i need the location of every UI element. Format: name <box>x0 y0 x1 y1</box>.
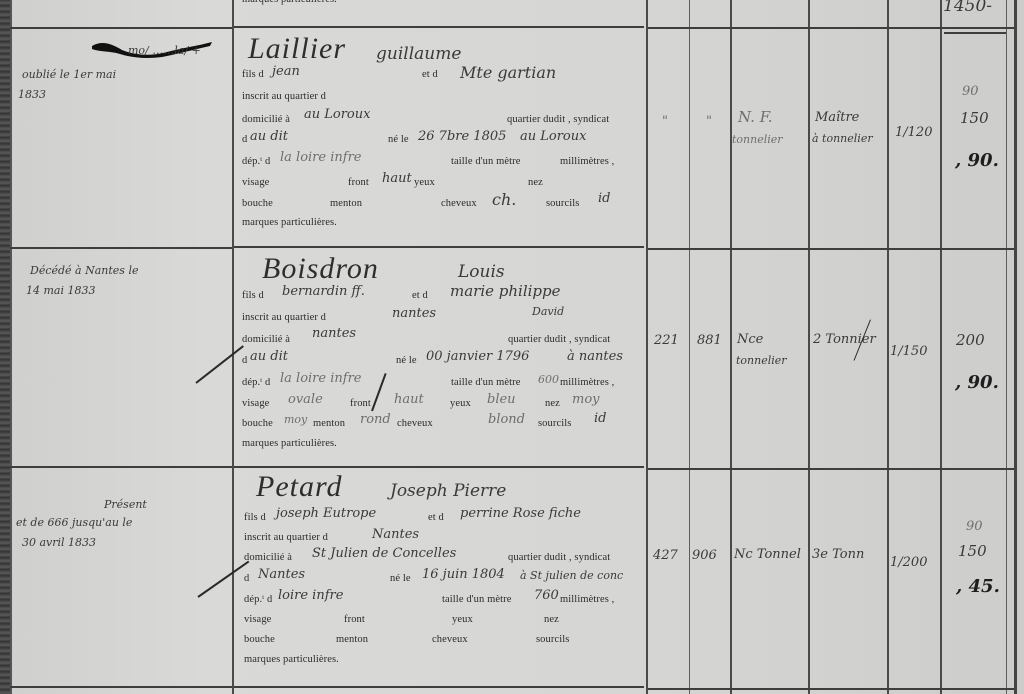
header-fragment: marques particulières. <box>242 0 337 5</box>
binding-edge <box>0 0 10 694</box>
label-yeux: yeux <box>414 177 435 188</box>
sourcils-value: id <box>594 411 606 426</box>
col-c-sub: tonnelier <box>732 133 783 146</box>
label-nez: nez <box>544 614 559 625</box>
label-marques: marques particulières. <box>244 654 339 665</box>
binding-line <box>10 0 12 694</box>
row-divider <box>234 686 644 688</box>
column-divider <box>887 0 889 694</box>
syndicat-value: au dit <box>250 349 288 364</box>
col-b-value: " <box>706 114 712 129</box>
sourcils-value: id <box>598 191 610 206</box>
col-f-bottom: , 90. <box>955 372 999 393</box>
mother-name: perrine Rose fiche <box>460 506 581 521</box>
inscrit-value: Nantes <box>372 527 419 542</box>
col-b-value: 906 <box>692 548 717 563</box>
label-domicile: domicilié à <box>242 114 290 125</box>
surname: Laillier <box>248 32 346 66</box>
label-taille: taille d'un mètre <box>451 377 520 388</box>
label-inscrit: inscrit au quartier d <box>242 91 326 102</box>
birth-date: 26 7bre 1805 <box>418 129 506 144</box>
col-d-sub: à tonnelier <box>812 132 873 145</box>
birth-place: au Loroux <box>520 129 586 144</box>
row-divider <box>648 468 1014 470</box>
bouche-value: moy <box>284 413 307 426</box>
column-divider <box>232 0 234 694</box>
label-visage: visage <box>244 614 271 625</box>
label-front: front <box>350 398 371 409</box>
label-menton: menton <box>313 418 345 429</box>
label-fils-de: fils d <box>242 69 264 80</box>
cheveux-value: ch. <box>492 190 516 209</box>
margin-note-line: Présent <box>104 498 147 511</box>
birth-place: à nantes <box>567 349 623 364</box>
label-nez: nez <box>528 177 543 188</box>
label-domicile: domicilié à <box>242 334 290 345</box>
row-divider <box>648 248 1014 250</box>
col-c-value: N. F. <box>738 108 773 126</box>
col-c-value: Nc Tonnel <box>734 547 801 562</box>
page-right-edge <box>1014 0 1017 694</box>
label-marques: marques particulières. <box>242 438 337 449</box>
label-inscrit: inscrit au quartier d <box>244 532 328 543</box>
col-a-value: 221 <box>654 333 679 348</box>
birth-date: 00 janvier 1796 <box>426 349 529 364</box>
col-e-value: 1/200 <box>890 555 927 570</box>
departement-value: la loire infre <box>280 371 361 386</box>
label-departement: dép.ᵗ d <box>242 377 270 388</box>
label-d: d <box>244 573 249 584</box>
domicile-value: St Julien de Concelles <box>312 546 456 561</box>
label-quartier-dudit: quartier dudit , syndicat <box>508 552 610 563</box>
label-fils-de: fils d <box>242 290 264 301</box>
col-e-value: 1/120 <box>895 125 932 140</box>
given-names: Louis <box>458 262 505 282</box>
mother-name: marie philippe <box>450 282 561 300</box>
col-f-top: 90 <box>962 84 979 99</box>
row-divider <box>10 466 232 468</box>
row-divider <box>234 246 644 248</box>
col-e-value: 1/150 <box>890 344 927 359</box>
taille-value: 760 <box>534 588 559 603</box>
label-visage: visage <box>242 177 269 188</box>
col-b-value: 881 <box>697 333 722 348</box>
col-a-value: 427 <box>653 548 678 563</box>
col-f-top: 90 <box>966 519 983 534</box>
label-front: front <box>348 177 369 188</box>
father-name: bernardin ff. <box>282 284 365 299</box>
row-divider <box>648 27 1014 29</box>
label-yeux: yeux <box>450 398 471 409</box>
column-divider <box>689 0 690 694</box>
label-cheveux: cheveux <box>432 634 468 645</box>
label-et-de: et d <box>428 512 444 523</box>
column-divider <box>730 0 732 694</box>
label-taille: taille d'un mètre <box>451 156 520 167</box>
domicile-value: au Loroux <box>304 107 370 122</box>
label-millimetres: millimètres , <box>560 377 614 388</box>
front-value: haut <box>382 171 412 186</box>
margin-note-line: et de 666 jusqu'au le <box>16 516 132 529</box>
syndicat-value: au dit <box>250 129 288 144</box>
label-menton: menton <box>336 634 368 645</box>
birth-date: 16 juin 1804 <box>422 567 505 582</box>
label-bouche: bouche <box>242 418 273 429</box>
col-f-bottom: , 45. <box>956 576 1000 597</box>
front-value: haut <box>394 392 424 407</box>
running-total: 1450- <box>943 0 992 16</box>
column-divider <box>1006 0 1007 694</box>
col-f-mid: 150 <box>958 542 987 560</box>
margin-note-line: 14 mai 1833 <box>26 284 96 297</box>
label-cheveux: cheveux <box>441 198 477 209</box>
label-fils-de: fils d <box>244 512 266 523</box>
column-divider <box>808 0 810 694</box>
margin-note-line: 1833 <box>18 88 46 101</box>
col-d-value: Maître <box>815 110 859 125</box>
col-d-value: 2 Tonnier <box>813 332 876 347</box>
label-quartier-dudit: quartier dudit , syndicat <box>507 114 609 125</box>
surname: Boisdron <box>262 252 379 286</box>
domicile-value: nantes <box>312 326 356 341</box>
margin-note-line: mo/ ……la/ + <box>128 44 201 57</box>
pen-stroke <box>197 561 249 598</box>
label-menton: menton <box>330 198 362 209</box>
nez-value: moy <box>572 392 600 407</box>
row-divider <box>10 686 232 688</box>
father-name: joseph Eutrope <box>276 506 376 521</box>
row-divider <box>234 26 644 28</box>
label-marques: marques particulières. <box>242 217 337 228</box>
margin-note-line: Décédé à Nantes le <box>30 264 138 277</box>
row-divider <box>10 27 232 29</box>
label-ne-le: né le <box>396 355 417 366</box>
row-divider <box>10 247 232 249</box>
birth-place: à St julien de conc <box>520 569 623 582</box>
departement-value: la loire infre <box>280 150 361 165</box>
col-a-value: " <box>662 114 668 129</box>
label-cheveux: cheveux <box>397 418 433 429</box>
row-divider <box>944 32 1006 34</box>
margin-note-line: oublié le 1er mai <box>22 68 116 81</box>
given-names: Joseph Pierre <box>390 481 506 501</box>
label-millimetres: millimètres , <box>560 594 614 605</box>
col-f-mid: 200 <box>956 331 985 349</box>
column-divider <box>940 0 942 694</box>
menton-value: rond <box>360 412 391 427</box>
label-quartier-dudit: quartier dudit , syndicat <box>508 334 610 345</box>
col-c-value: Nce <box>737 332 763 347</box>
row-divider <box>234 466 644 468</box>
label-visage: visage <box>242 398 269 409</box>
mother-name: Mte gartian <box>460 63 556 82</box>
father-name: jean <box>272 64 300 79</box>
label-sourcils: sourcils <box>538 418 571 429</box>
syndicat-value: Nantes <box>258 567 305 582</box>
margin-note-line: 30 avril 1833 <box>22 536 96 549</box>
label-ne-le: né le <box>390 573 411 584</box>
label-et-de: et d <box>412 290 428 301</box>
given-names: guillaume <box>376 44 461 64</box>
yeux-value: bleu <box>487 392 516 407</box>
col-c-sub: tonnelier <box>736 354 787 367</box>
col-f-mid: 150 <box>960 109 989 127</box>
pen-stroke <box>195 345 244 384</box>
row-divider <box>648 688 1014 690</box>
label-departement: dép.ᵗ d <box>244 594 272 605</box>
inscrit-value: nantes <box>392 306 436 321</box>
mother-extra: David <box>532 305 564 318</box>
label-sourcils: sourcils <box>546 198 579 209</box>
label-et-de: et d <box>422 69 438 80</box>
label-yeux: yeux <box>452 614 473 625</box>
cheveux-value: blond <box>488 412 525 427</box>
label-bouche: bouche <box>244 634 275 645</box>
label-nez: nez <box>545 398 560 409</box>
col-d-value: 3e Tonn <box>812 547 864 562</box>
register-page: marques particulières. 1450- mo/ ……la/ +… <box>0 0 1024 694</box>
col-f-bottom: , 90. <box>955 150 999 171</box>
label-sourcils: sourcils <box>536 634 569 645</box>
label-bouche: bouche <box>242 198 273 209</box>
label-departement: dép.ᵗ d <box>242 156 270 167</box>
surname: Petard <box>256 470 343 504</box>
label-front: front <box>344 614 365 625</box>
label-domicile: domicilié à <box>244 552 292 563</box>
label-taille: taille d'un mètre <box>442 594 511 605</box>
label-d: d <box>242 134 247 145</box>
visage-value: ovale <box>288 392 323 407</box>
pen-stroke <box>371 373 387 411</box>
column-divider <box>646 0 648 694</box>
label-millimetres: millimètres , <box>560 156 614 167</box>
label-ne-le: né le <box>388 134 409 145</box>
label-d: d <box>242 355 247 366</box>
label-inscrit: inscrit au quartier d <box>242 312 326 323</box>
departement-value: loire infre <box>278 588 343 603</box>
taille-value: 600 <box>538 373 559 386</box>
